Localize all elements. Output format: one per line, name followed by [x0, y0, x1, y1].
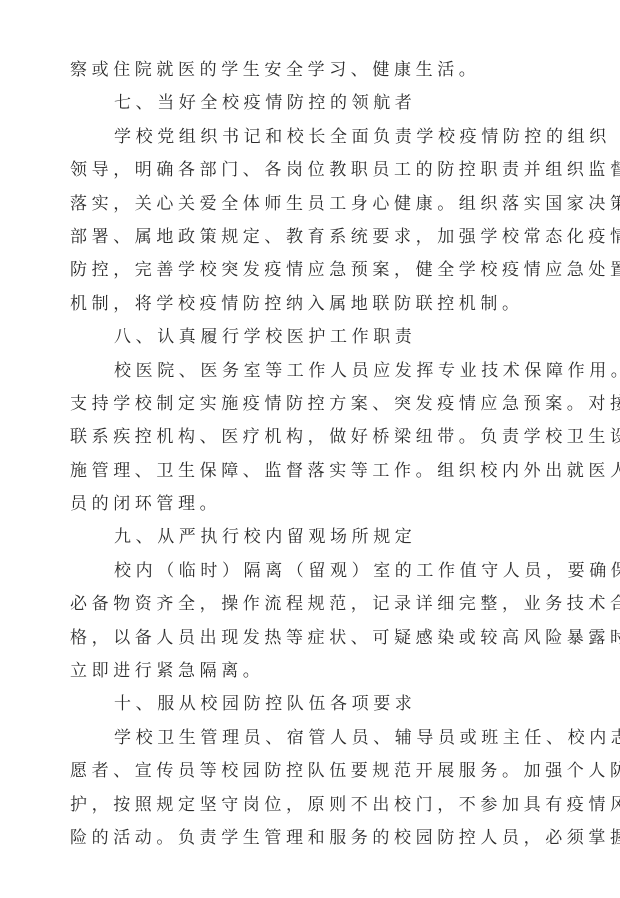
paragraph-start: 学校卫生管理员、宿管人员、辅导员或班主任、校内志 [70, 722, 540, 755]
text-line: 部署、属地政策规定、教育系统要求，加强学校常态化疫情 [70, 221, 540, 254]
text-line: 防控，完善学校突发疫情应急预案，健全学校疫情应急处置 [70, 254, 540, 287]
text-line: 护，按照规定坚守岗位，原则不出校门，不参加具有疫情风 [70, 789, 540, 822]
section-heading-10: 十、服从校园防控队伍各项要求 [70, 688, 540, 721]
section-heading-7: 七、当好全校疫情防控的领航者 [70, 87, 540, 120]
paragraph-start: 校医院、医务室等工作人员应发挥专业技术保障作用。 [70, 355, 540, 388]
text-line: 立即进行紧急隔离。 [70, 655, 540, 688]
text-line: 机制，将学校疫情防控纳入属地联防联控机制。 [70, 288, 540, 321]
text-line: 察或住院就医的学生安全学习、健康生活。 [70, 54, 540, 87]
text-line: 格，以备人员出现发热等症状、可疑感染或较高风险暴露时 [70, 622, 540, 655]
text-line: 领导，明确各部门、各岗位教职员工的防控职责并组织监督 [70, 154, 540, 187]
text-line: 愿者、宣传员等校园防控队伍要规范开展服务。加强个人防 [70, 755, 540, 788]
text-line: 支持学校制定实施疫情防控方案、突发疫情应急预案。对接 [70, 388, 540, 421]
paragraph-start: 校内（临时）隔离（留观）室的工作值守人员，要确保 [70, 555, 540, 588]
text-line: 险的活动。负责学生管理和服务的校园防控人员，必须掌握 [70, 822, 540, 855]
section-heading-8: 八、认真履行学校医护工作职责 [70, 321, 540, 354]
text-line: 联系疾控机构、医疗机构，做好桥梁纽带。负责学校卫生设 [70, 421, 540, 454]
paragraph-start: 学校党组织书记和校长全面负责学校疫情防控的组织 [70, 121, 540, 154]
document-body: 察或住院就医的学生安全学习、健康生活。 七、当好全校疫情防控的领航者 学校党组织… [70, 54, 540, 855]
text-line: 施管理、卫生保障、监督落实等工作。组织校内外出就医人 [70, 455, 540, 488]
document-page: 察或住院就医的学生安全学习、健康生活。 七、当好全校疫情防控的领航者 学校党组织… [0, 0, 620, 898]
text-line: 员的闭环管理。 [70, 488, 540, 521]
text-line: 落实，关心关爱全体师生员工身心健康。组织落实国家决策 [70, 188, 540, 221]
section-heading-9: 九、从严执行校内留观场所规定 [70, 521, 540, 554]
text-line: 必备物资齐全，操作流程规范，记录详细完整，业务技术合 [70, 588, 540, 621]
